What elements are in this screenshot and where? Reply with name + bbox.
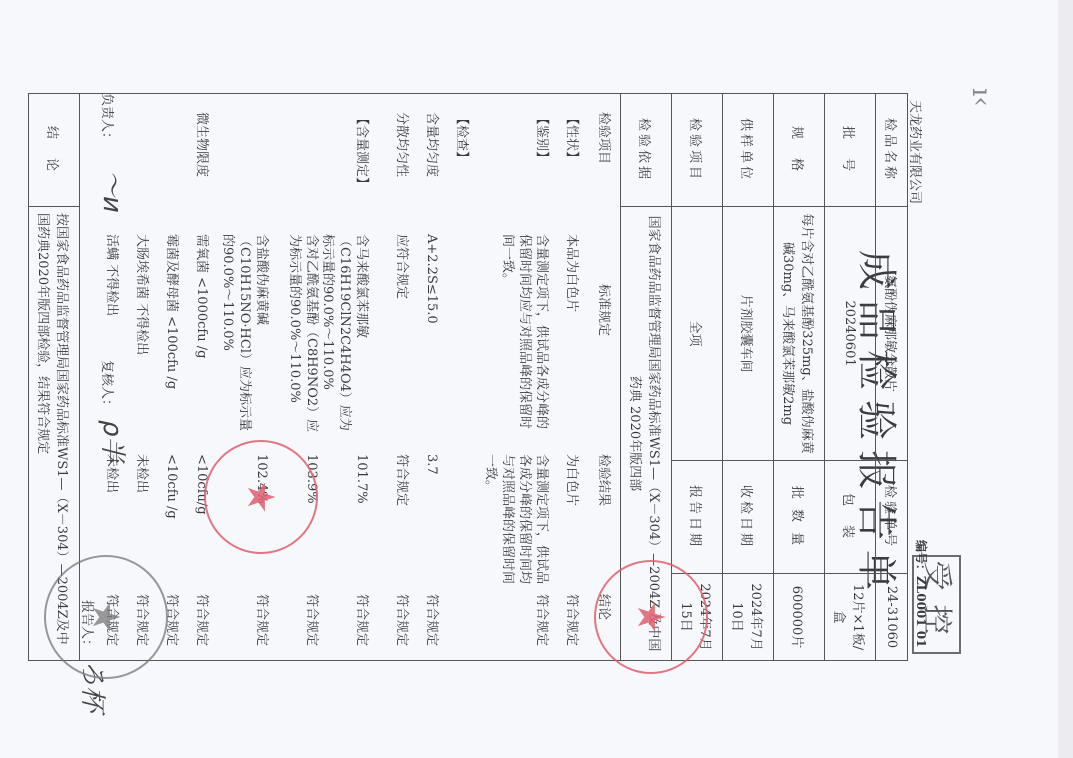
conclusion-label: 结 论 — [29, 94, 80, 207]
red-seal-bottom: ★ — [204, 440, 318, 554]
batch-value: 20240601 — [825, 207, 876, 461]
product-name-label: 检品名称 — [876, 94, 908, 207]
result-standard: 含量测定项下，供试品各成分峰的保留时间均应与对照品峰的保留时间一致。 — [499, 234, 550, 434]
result-standard: 霉菌及酵母菌 <100cfu /g — [163, 234, 180, 434]
result-standard: 含盐酸伪麻黄碱（C10H15NO·HCl）应为标示量的90.0%～110.0% — [219, 234, 270, 434]
responsible-signature: 〜ͷ — [96, 170, 133, 213]
result-result: 含量测定项下，供试品各成分峰的保留时间均与对照品峰的保留时间一致。 — [482, 454, 550, 584]
seal-star-icon: ★ — [239, 480, 283, 514]
report-date-label: 报告日期 — [672, 461, 723, 574]
batch-qty-value: 600000片 — [774, 574, 825, 661]
batch-label: 批 号 — [825, 94, 876, 207]
inspection-report-page: ı‹ 成品检验报告单 受控 天龙药业有限公司 编号：ZL0001 01 检品名称… — [0, 0, 1058, 758]
result-conclusion: 符合规定 — [393, 594, 410, 654]
seal-star-icon: ★ — [84, 600, 128, 634]
result-standard: 含对乙酰氨基酚（C8H9NO2）应为标示量的90.0%～110.0% — [286, 234, 320, 434]
inspection-no: 24-31060 — [876, 574, 908, 661]
spec-label: 规 格 — [774, 94, 825, 207]
margin-mark: ı‹ — [966, 88, 996, 107]
package-value: 12片×1板/盒 — [825, 574, 876, 661]
result-conclusion: 符合规定 — [353, 594, 370, 654]
header-item: 检验项目 — [595, 112, 612, 164]
result-standard: 应符合规定 — [393, 234, 410, 434]
result-conclusion: 符合规定 — [193, 594, 210, 654]
supplier-value: 片剂胶囊车间 — [723, 207, 774, 461]
reviewer-label: 复核人： — [99, 360, 118, 412]
inspection-no-label: 检验单号 — [876, 461, 908, 574]
received-date-value: 2024年7月10日 — [723, 574, 774, 661]
code-label: 编号： — [914, 540, 928, 576]
result-conclusion: 符合规定 — [533, 594, 550, 654]
result-item: 【检查】 — [453, 112, 470, 262]
result-result: 符合规定 — [393, 454, 410, 584]
items-label: 检验项目 — [672, 94, 723, 207]
product-name: 氨酚伪麻那敏分散片 — [876, 207, 908, 461]
result-conclusion: 符合规定 — [563, 594, 580, 654]
seal-star-icon: ★ — [629, 600, 673, 634]
document-code: 编号：ZL0001 01 — [913, 540, 930, 648]
supplier-label: 供样单位 — [723, 94, 774, 207]
header-result: 检验结果 — [595, 454, 612, 506]
spec-value: 每片含对乙酰氨基酚325mg、盐酸伪麻黄碱30mg、马来酸氯苯那敏2mg — [774, 207, 825, 461]
result-standard: 本品为白色片 — [563, 234, 580, 434]
red-seal-top: ★ — [594, 560, 708, 674]
package-label: 包 装 — [825, 461, 876, 574]
result-result: <10cfu /g — [163, 454, 180, 584]
results-body: 检验项目 标准规定 检验结果 结论 【性状】本品为白色片为白色片符合规定【鉴别】… — [80, 94, 621, 661]
responsible-label: 负责人： — [99, 93, 118, 145]
result-conclusion: 符合规定 — [423, 594, 440, 654]
reviewer-signature: ρ半 — [96, 420, 133, 463]
result-result: 101.7% — [353, 454, 370, 584]
basis-label: 检验依据 — [621, 94, 672, 207]
result-result: 3.7 — [423, 454, 440, 584]
company-name: 天龙药业有限公司 — [907, 100, 926, 204]
result-conclusion: 符合规定 — [253, 594, 270, 654]
batch-qty-label: 批 数 量 — [774, 461, 825, 574]
code-value: ZL0001 01 — [914, 576, 928, 647]
result-standard: 大肠埃希菌 不得检出 — [133, 234, 150, 434]
result-result: 为白色片 — [563, 454, 580, 584]
items-value: 全项 — [672, 207, 723, 461]
report-table: 检品名称 氨酚伪麻那敏分散片 检验单号 24-31060 批 号 2024060… — [28, 93, 908, 661]
result-standard: 需氧菌 <1000cfu /g — [193, 234, 210, 434]
header-standard: 标准规定 — [595, 284, 612, 336]
result-standard: 含马来酸氯苯那敏（C16H19ClN2C4H4O4）应为标示量的90.0%～11… — [319, 234, 370, 434]
gray-seal: ★ — [44, 555, 168, 679]
received-date-label: 收检日期 — [723, 461, 774, 574]
result-standard: A+2.2S≤15.0 — [423, 234, 440, 434]
result-conclusion: 符合规定 — [303, 594, 320, 654]
